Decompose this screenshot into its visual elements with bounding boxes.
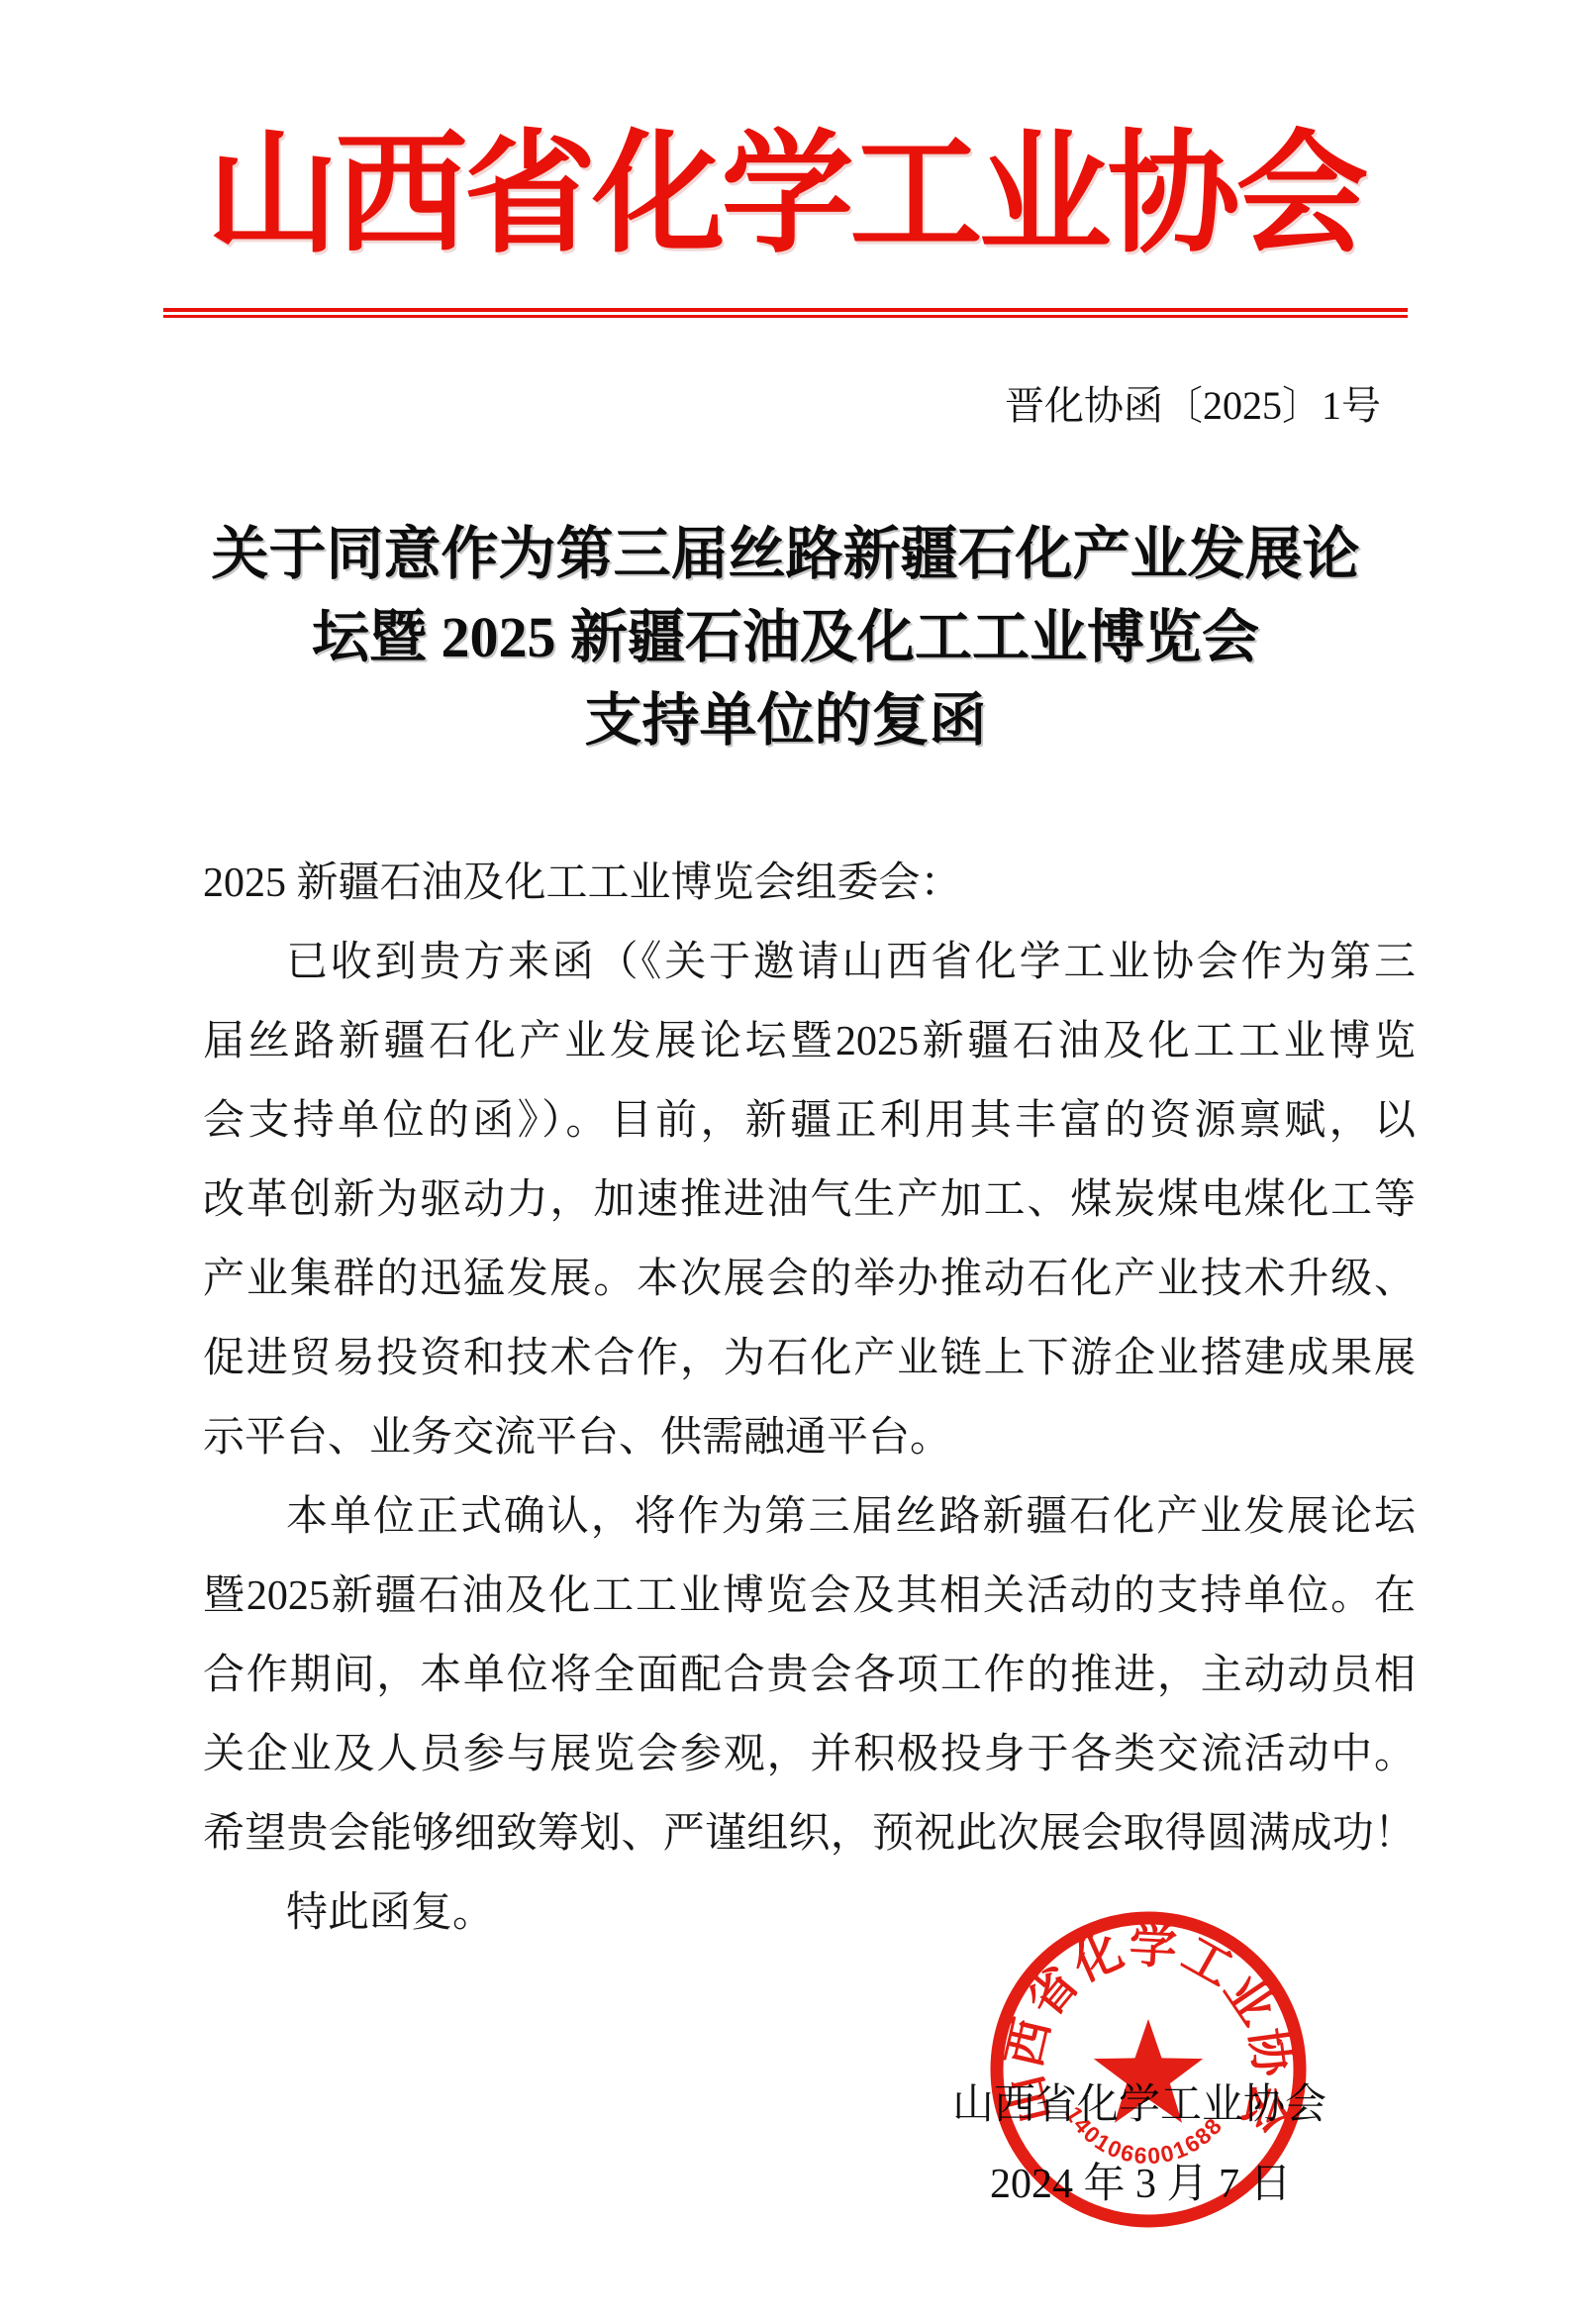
seal-code-text: 1401066001688	[1060, 2102, 1227, 2169]
body-line: 暨2025新疆石油及化工工业博览会及其相关活动的支持单位。在	[203, 1557, 1416, 1636]
letter-body: 2025 新疆石油及化工工业博览会组委会： 已收到贵方来函（《关于邀请山西省化学…	[203, 844, 1416, 1953]
document-number: 晋化协函〔2025〕1号	[1005, 380, 1381, 432]
body-line: 届丝路新疆石化产业发展论坛暨2025新疆石油及化工工业博览	[203, 1002, 1416, 1081]
document-title-line-3: 支持单位的复函	[0, 679, 1571, 762]
letterhead-divider-line-bottom	[163, 315, 1408, 318]
body-line: 促进贸易投资和技术合作，为石化产业链上下游企业搭建成果展	[203, 1319, 1416, 1398]
seal-code-holder: 1401066001688	[1060, 2102, 1227, 2169]
body-line: 关企业及人员参与展览会参观，并积极投身于各类交流活动中。	[203, 1715, 1416, 1794]
body-line: 产业集群的迅猛发展。本次展会的举办推动石化产业技术升级、	[203, 1240, 1416, 1319]
official-red-seal: 山西省化学工业协会 1401066001688	[950, 1871, 1346, 2268]
letterhead-divider-line	[163, 308, 1408, 318]
document-title-line-1: 关于同意作为第三届丝路新疆石化产业发展论	[0, 513, 1571, 596]
body-line: 会支持单位的函》）。目前，新疆正利用其丰富的资源禀赋，以	[203, 1081, 1416, 1161]
letterhead-org-name: 山西省化学工业协会	[0, 121, 1571, 269]
seal-star	[1094, 2019, 1203, 2123]
document-title: 关于同意作为第三届丝路新疆石化产业发展论 坛暨 2025 新疆石油及化工工业博览…	[0, 513, 1571, 762]
body-line: 改革创新为驱动力，加速推进油气生产加工、煤炭煤电煤化工等	[203, 1161, 1416, 1240]
body-line: 已收到贵方来函（《关于邀请山西省化学工业协会作为第三	[203, 923, 1416, 1002]
salutation: 2025 新疆石油及化工工业博览会组委会：	[203, 844, 1416, 923]
body-line: 示平台、业务交流平台、供需融通平台。	[203, 1398, 1416, 1477]
body-line: 希望贵会能够细致筹划、严谨组织，预祝此次展会取得圆满成功！	[203, 1794, 1416, 1873]
official-letter-page: 山西省化学工业协会 晋化协函〔2025〕1号 关于同意作为第三届丝路新疆石化产业…	[0, 0, 1571, 2324]
body-line: 本单位正式确认，将作为第三届丝路新疆石化产业发展论坛	[203, 1477, 1416, 1557]
document-title-line-2: 坛暨 2025 新疆石油及化工工业博览会	[0, 596, 1571, 679]
body-line: 合作期间，本单位将全面配合贵会各项工作的推进，主动动员相	[203, 1636, 1416, 1715]
